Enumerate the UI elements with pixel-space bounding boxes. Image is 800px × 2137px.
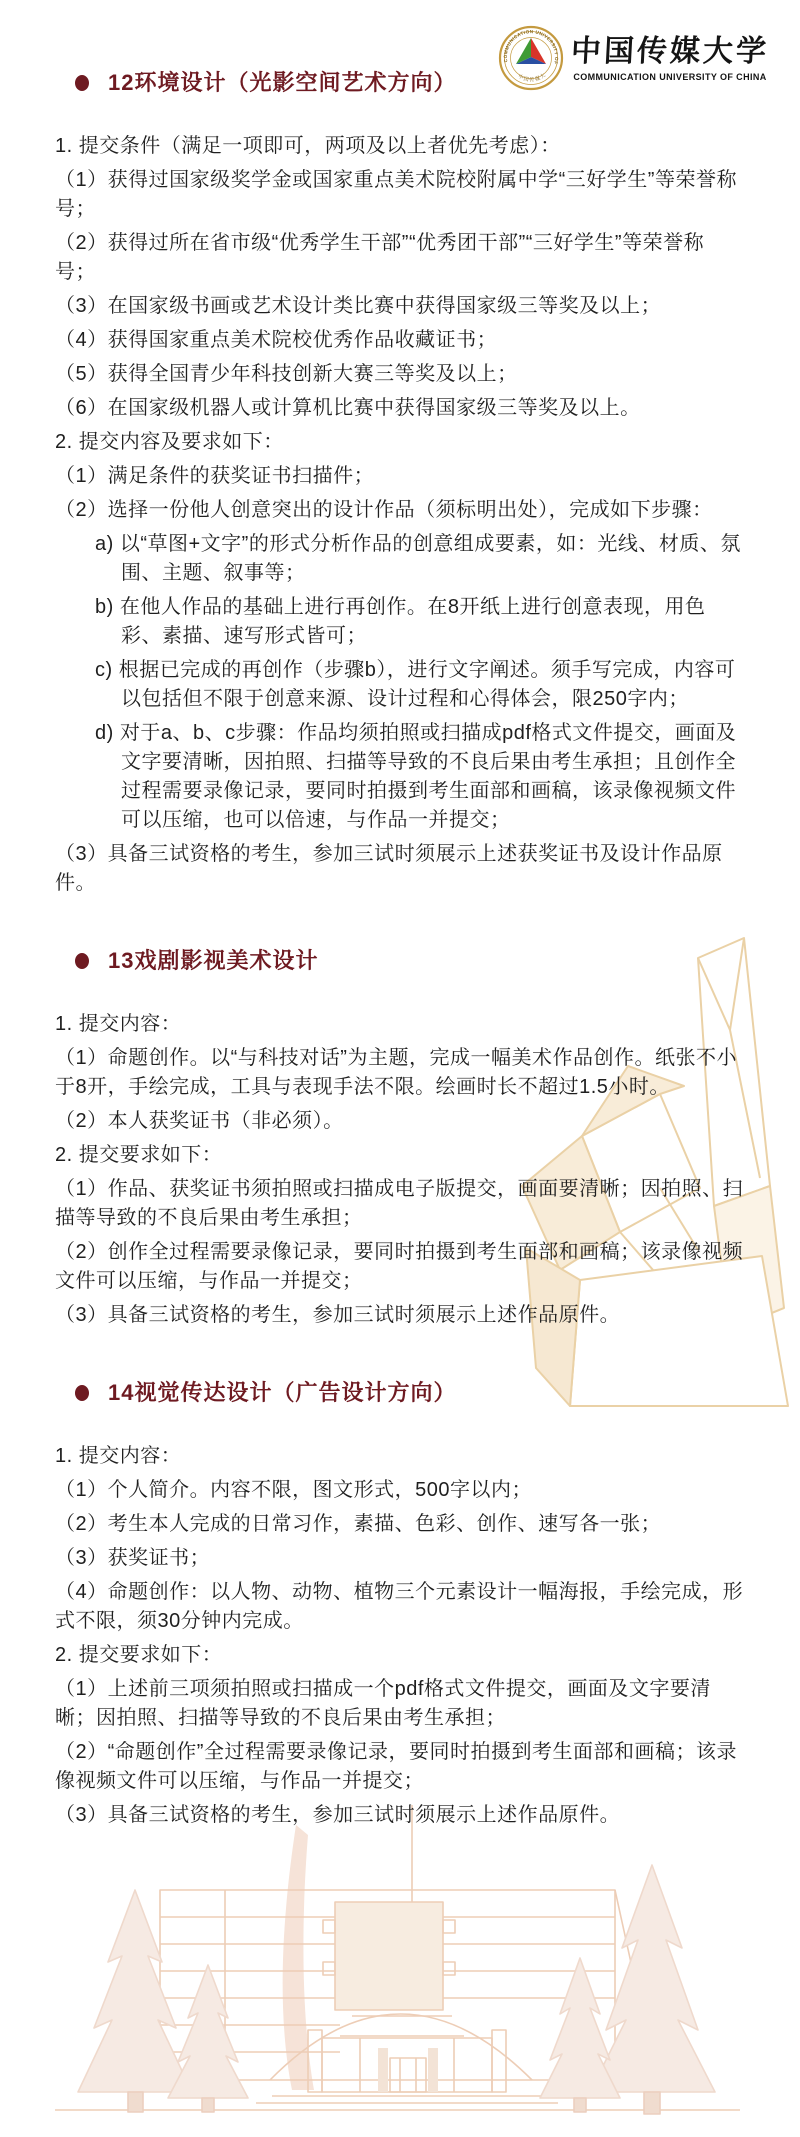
paragraph: （1）满足条件的获奖证书扫描件； bbox=[55, 462, 745, 491]
paragraph: （1）个人简介。内容不限，图文形式，500字以内； bbox=[55, 1476, 745, 1505]
document-body: 12环境设计（光影空间艺术方向） 1. 提交条件（满足一项即可，两项及以上者优先… bbox=[0, 70, 800, 1830]
section-title: 13戏剧影视美术设计 bbox=[108, 948, 318, 974]
paragraph: c) 根据已完成的再创作（步骤b），进行文字阐述。须手写完成，内容可以包括但不限… bbox=[95, 656, 745, 714]
university-cn-name: 中国传媒大学 bbox=[570, 35, 770, 69]
paragraph: （3）获奖证书； bbox=[55, 1544, 745, 1573]
section-heading-14: 14视觉传达设计（广告设计方向） bbox=[55, 1380, 745, 1406]
paragraph: （1）作品、获奖证书须拍照或扫描成电子版提交，画面要清晰；因拍照、扫描等导致的不… bbox=[55, 1175, 745, 1233]
paragraph: （2）考生本人完成的日常习作，素描、色彩、创作、速写各一张； bbox=[55, 1510, 745, 1539]
section-bullet-icon bbox=[75, 1385, 89, 1401]
paragraph: （2）选择一份他人创意突出的设计作品（须标明出处），完成如下步骤： bbox=[55, 496, 745, 525]
paragraph: 2. 提交要求如下： bbox=[55, 1641, 745, 1670]
building-watermark-illustration bbox=[40, 1790, 760, 2137]
paragraph: b) 在他人作品的基础上进行再创作。在8开纸上进行创意表现，用色彩、素描、速写形… bbox=[95, 593, 745, 651]
section-bullet-icon bbox=[75, 75, 89, 91]
paragraph: （1）获得过国家级奖学金或国家重点美术院校附属中学“三好学生”等荣誉称号； bbox=[55, 166, 745, 224]
paragraph: （4）获得国家重点美术院校优秀作品收藏证书； bbox=[55, 326, 745, 355]
section-heading-13: 13戏剧影视美术设计 bbox=[55, 948, 745, 974]
paragraph: （5）获得全国青少年科技创新大赛三等奖及以上； bbox=[55, 360, 745, 389]
paragraph: d) 对于a、b、c步骤：作品均须拍照或扫描成pdf格式文件提交，画面及文字要清… bbox=[95, 719, 745, 835]
paragraph: （2）创作全过程需要录像记录，要同时拍摄到考生面部和画稿；该录像视频文件可以压缩… bbox=[55, 1238, 745, 1296]
section-heading-12: 12环境设计（光影空间艺术方向） bbox=[55, 70, 745, 96]
paragraph: （6）在国家级机器人或计算机比赛中获得国家级三等奖及以上。 bbox=[55, 394, 745, 423]
section-title: 12环境设计（光影空间艺术方向） bbox=[108, 70, 456, 96]
paragraph: （3）具备三试资格的考生，参加三试时须展示上述作品原件。 bbox=[55, 1301, 745, 1330]
paragraph: 2. 提交内容及要求如下： bbox=[55, 428, 745, 457]
section-title: 14视觉传达设计（广告设计方向） bbox=[108, 1380, 456, 1406]
paragraph: （2）本人获奖证书（非必须）。 bbox=[55, 1107, 745, 1136]
paragraph: （1）上述前三项须拍照或扫描成一个pdf格式文件提交，画面及文字要清晰；因拍照、… bbox=[55, 1675, 745, 1733]
paragraph: a) 以“草图+文字”的形式分析作品的创意组成要素，如：光线、材质、氛围、主题、… bbox=[95, 530, 745, 588]
paragraph: （3）具备三试资格的考生，参加三试时须展示上述作品原件。 bbox=[55, 1801, 745, 1830]
paragraph: （3）在国家级书画或艺术设计类比赛中获得国家级三等奖及以上； bbox=[55, 292, 745, 321]
paragraph: 1. 提交内容： bbox=[55, 1442, 745, 1471]
paragraph: 1. 提交条件（满足一项即可，两项及以上者优先考虑）： bbox=[55, 132, 745, 161]
paragraph: （4）命题创作：以人物、动物、植物三个元素设计一幅海报，手绘完成，形式不限，须3… bbox=[55, 1578, 745, 1636]
paragraph: （1）命题创作。以“与科技对话”为主题，完成一幅美术作品创作。纸张不小于8开，手… bbox=[55, 1044, 745, 1102]
paragraph: （2）获得过所在省市级“优秀学生干部”“优秀团干部”“三好学生”等荣誉称号； bbox=[55, 229, 745, 287]
section-bullet-icon bbox=[75, 953, 89, 969]
paragraph: 2. 提交要求如下： bbox=[55, 1141, 745, 1170]
paragraph: 1. 提交内容： bbox=[55, 1010, 745, 1039]
paragraph: （3）具备三试资格的考生，参加三试时须展示上述获奖证书及设计作品原件。 bbox=[55, 840, 745, 898]
paragraph: （2）“命题创作”全过程需要录像记录，要同时拍摄到考生面部和画稿；该录像视频文件… bbox=[55, 1738, 745, 1796]
